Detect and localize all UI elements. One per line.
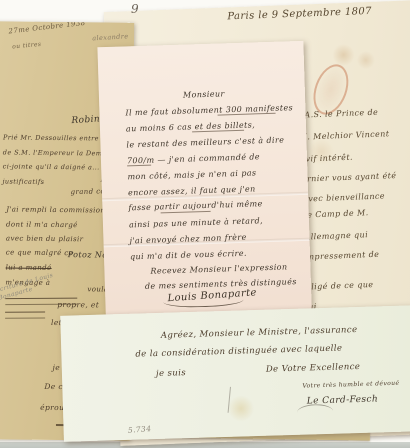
- letter-line: M. Melchior Vincent: [299, 129, 390, 141]
- fesch-line: De Votre Excellence: [266, 362, 361, 375]
- letter-line: de Camp de M.: [302, 208, 369, 220]
- draft-line: avec bien du plaisir: [6, 234, 84, 243]
- letter-line: dernier vous ayant été: [296, 171, 396, 184]
- letter-line: vif intérêt.: [305, 153, 353, 164]
- draft-line-crossed-out: lui a mandé: [6, 263, 52, 271]
- draft-line: ce que malgré ce: [6, 248, 73, 257]
- pencil-date: 27me Octobre 1938: [8, 21, 86, 35]
- note-body-line: j'ai envoyé chez mon frère: [129, 233, 247, 246]
- photo-background-strip: [0, 442, 410, 448]
- fesch-line: Agréez, Monsieur le Ministre, l'assuranc…: [161, 325, 358, 341]
- dateline: Paris le 9 Septembre 1807: [227, 6, 372, 23]
- note-body-line: mon côté, mais je n'en ai pas: [127, 168, 256, 181]
- pencil-stroke-mark: [228, 387, 232, 413]
- note-body-line: au moins 6 cas et des billets,: [126, 120, 255, 133]
- fesch-line: de la considération distinguée avec laqu…: [135, 343, 342, 359]
- crossed-out-scribble: [5, 312, 45, 319]
- pencil-name: alexandre: [92, 32, 129, 42]
- pencil-page-number: 9: [131, 2, 139, 16]
- note-body-line: Il me faut absolument 300 manifestes: [125, 103, 293, 117]
- note-body-line: ainsi pas une minute à retard,: [129, 216, 263, 229]
- note-body-line: le restant des meilleurs c'est à dire: [126, 135, 284, 149]
- draft-line: dont il m'a chargé: [6, 220, 78, 229]
- ink-underline: [127, 165, 151, 167]
- closing-line: Recevez Monsieur l'expression: [150, 262, 287, 275]
- ink-underline: [161, 211, 211, 214]
- pencil-arc-mark: [297, 404, 333, 420]
- letter-line: Allemagne qui: [304, 230, 368, 241]
- note-sheet: Monsieur Il me faut absolument 300 manif…: [97, 41, 312, 343]
- pencil-inventory-number: 5.734: [128, 424, 152, 435]
- draft-line: ci-jointe qu'il a daigné a...: [3, 162, 100, 171]
- draft-line: justificatifs: [2, 177, 44, 185]
- salutation: Monsieur: [183, 89, 225, 99]
- draft-line: J'ai rempli la commission: [6, 205, 105, 214]
- letter-line: obligé de ce que: [300, 280, 373, 292]
- ink-underline: [192, 130, 244, 133]
- manuscript-photo: Paris le 9 Septembre 1807 S.A.S. le Prin…: [0, 0, 410, 448]
- fesch-line: je suis: [156, 368, 186, 379]
- note-body-line: qui m'a dit de vous écrire.: [130, 249, 247, 262]
- letter-line: empressement de: [301, 250, 379, 262]
- letter-line: S.A.S. le Prince de: [296, 108, 379, 120]
- fesch-letter-sheet: Agréez, Monsieur le Ministre, l'assuranc…: [60, 304, 410, 442]
- note-body-line: 700/m — j'en ai commandé de: [127, 152, 260, 165]
- pencil-subnote: ou titres: [12, 41, 42, 51]
- fesch-signature-line: Votre très humble et dévoué: [302, 380, 399, 390]
- letter-line: avec bienveillance: [303, 191, 385, 203]
- draft-line: propre, et: [57, 300, 99, 309]
